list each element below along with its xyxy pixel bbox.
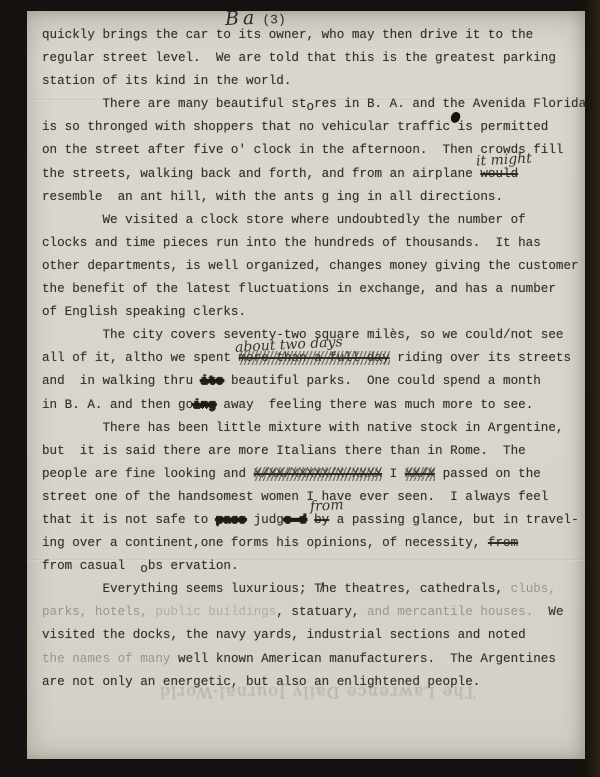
typed-text: all of it, altho we spent <box>42 351 239 365</box>
typed-text: from casual <box>42 559 140 573</box>
typed-line: other departments, is well organized, ch… <box>42 255 587 278</box>
typed-line: We visited a clock store where undoubted… <box>42 209 587 232</box>
typed-line: There are many beautiful stores in B. A.… <box>42 93 587 116</box>
typed-text: station of its kind in the world. <box>42 74 291 88</box>
typed-text: is so thronged with shoppers that no veh… <box>42 120 548 134</box>
typed-text: a passing glance, but in travel- <box>329 513 578 527</box>
typed-text-sub: o <box>307 100 315 114</box>
manuscript-paper: Ba(3) quickly brings the car to its owne… <box>27 11 585 759</box>
typed-text: visited the docks, the navy yards, indus… <box>42 628 526 642</box>
handwritten-correction: from <box>310 494 345 519</box>
typed-text: riding over its streets <box>390 351 571 365</box>
typed-text: We visited a clock store where undoubted… <box>42 213 526 227</box>
typed-line: that it is not safe to pass judge d byfr… <box>42 509 587 532</box>
typed-text-xed: X/XX/XXXXX/X/XXXX <box>254 467 382 481</box>
typed-text: Everything seems luxurious; T̸he theatre… <box>42 582 511 596</box>
typed-line: visited the docks, the navy yards, indus… <box>42 624 587 647</box>
typed-text: judg <box>246 513 284 527</box>
typed-text: clocks and time pieces run into the hund… <box>42 236 541 250</box>
typed-text-faded: parks, hotels, <box>42 605 155 619</box>
typed-text-faded: the names of many <box>42 652 178 666</box>
typed-text-xed: more than a full dayabout two days <box>239 351 390 365</box>
typed-text: There has been little mixture with nativ… <box>42 421 563 435</box>
typed-text: We <box>533 605 563 619</box>
typed-line: regular street level. We are told that t… <box>42 47 587 70</box>
typed-text-struck: wouldit might <box>480 167 518 181</box>
typed-text: away feeling there was much more to see. <box>216 398 533 412</box>
typed-text: , statuary, <box>276 605 367 619</box>
typed-text: passed on the <box>435 467 541 481</box>
typed-text-sub: o <box>140 562 148 576</box>
typed-line: in B. A. and then going away feeling the… <box>42 394 587 417</box>
typed-line: people are fine looking and X/XX/XXXXX/X… <box>42 463 587 486</box>
typed-text-blot: pass <box>216 513 246 527</box>
typed-text-blot: its <box>201 374 224 388</box>
typed-line: clocks and time pieces run into the hund… <box>42 232 587 255</box>
typed-line: the benefit of the latest fluctuations i… <box>42 278 587 301</box>
typed-text: res in B. A. and the Avenida Florida <box>314 97 586 111</box>
typed-line: the names of many well known American ma… <box>42 648 587 671</box>
typed-text: There are many beautiful st <box>42 97 307 111</box>
handwritten-correction: about two days <box>234 331 343 360</box>
typed-text: I <box>382 467 405 481</box>
typed-text: resemble an ant hill, with the ants g in… <box>42 190 503 204</box>
typed-text: well known American manufacturers. The A… <box>178 652 556 666</box>
typed-text: the streets, walking back and forth, and… <box>42 167 480 181</box>
typed-text: quickly brings the car to its owner, who… <box>42 28 533 42</box>
typed-line: the streets, walking back and forth, and… <box>42 163 587 186</box>
typed-text: street one of the handsomest women I hav… <box>42 490 548 504</box>
typed-text: people are fine looking and <box>42 467 254 481</box>
typed-text: bs ervation. <box>148 559 239 573</box>
typed-line: There has been little mixture with nativ… <box>42 417 587 440</box>
typed-text-struck: byfrom <box>314 513 329 527</box>
typed-line: but it is said there are more Italians t… <box>42 440 587 463</box>
typed-text: of English speaking clerks. <box>42 305 246 319</box>
typed-line: and in walking thru its beautiful parks.… <box>42 370 587 393</box>
typed-text-xed: XX/X <box>405 467 435 481</box>
typed-text-faded: clubs, <box>511 582 556 596</box>
typed-text-blot: ing <box>193 398 216 412</box>
typed-line: resemble an ant hill, with the ants g in… <box>42 186 587 209</box>
typed-line: station of its kind in the world. <box>42 70 587 93</box>
typed-text-faded: and mercantile houses. <box>367 605 533 619</box>
typed-text: that it is not safe to <box>42 513 216 527</box>
typed-text: regular street level. We are told that t… <box>42 51 556 65</box>
typed-line: Everything seems luxurious; T̸he theatre… <box>42 578 587 601</box>
handwritten-correction: it might <box>476 147 533 173</box>
typed-text: other departments, is well organized, ch… <box>42 259 579 273</box>
bleedthrough-newspaper-masthead: The Lawrence Daily Journal-World <box>157 683 477 702</box>
typed-line: from casual obs ervation. <box>42 555 587 578</box>
typed-text: beautiful parks. One could spend a month <box>223 374 540 388</box>
typed-line: all of it, altho we spent more than a fu… <box>42 347 587 370</box>
typed-text: and in walking thru <box>42 374 201 388</box>
typed-text-block: quickly brings the car to its owner, who… <box>42 24 587 694</box>
typed-text-blot: e d <box>284 513 307 527</box>
typed-text-struck: from <box>488 536 518 550</box>
typed-text: but it is said there are more Italians t… <box>42 444 526 458</box>
typed-line: of English speaking clerks. <box>42 301 587 324</box>
typed-text-faded2: public buildings <box>155 605 276 619</box>
typed-line: parks, hotels, public buildings, statuar… <box>42 601 587 624</box>
typed-line: is so thronged with shoppers that no veh… <box>42 116 587 139</box>
typed-text: the benefit of the latest fluctuations i… <box>42 282 556 296</box>
typed-text: in B. A. and then go <box>42 398 193 412</box>
typed-text: ing over a continent,one forms his opini… <box>42 536 488 550</box>
typed-line: ing over a continent,one forms his opini… <box>42 532 587 555</box>
typed-line: quickly brings the car to its owner, who… <box>42 24 587 47</box>
